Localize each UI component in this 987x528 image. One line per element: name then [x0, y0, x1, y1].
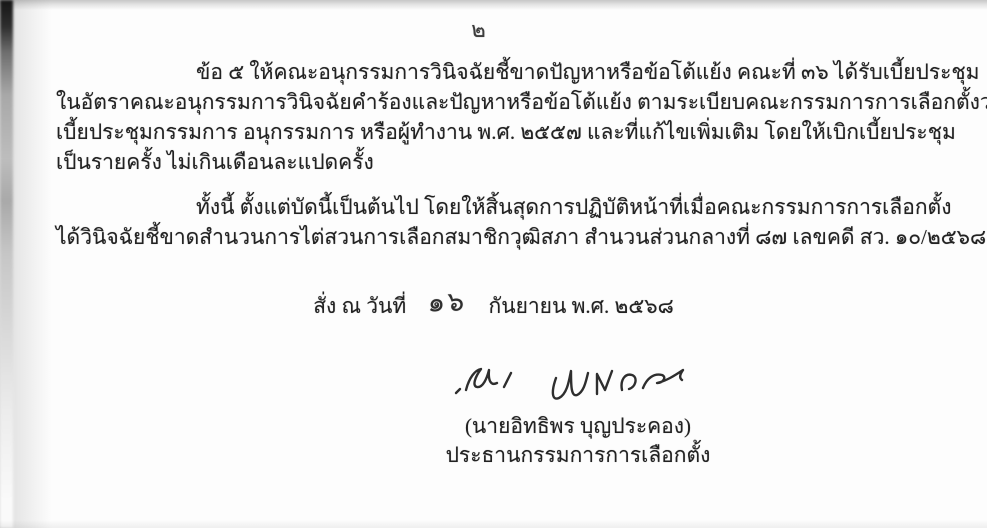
text-line: เป็นรายครั้ง ไม่เกินเดือนละแปดครั้ง	[56, 147, 934, 177]
text-line: ข้อ ๕ ให้คณะอนุกรรมการวินิจฉัยชี้ขาดปัญห…	[56, 57, 934, 87]
text-line: ในอัตราคณะอนุกรรมการวินิจฉัยคำร้องและปัญ…	[56, 87, 934, 117]
scan-artifact-left-edge	[0, 0, 13, 528]
text-line: ได้วินิจฉัยชี้ขาดสำนวนการไต่สวนการเลือกส…	[56, 222, 934, 252]
date-prefix: สั่ง ณ วันที่	[313, 290, 406, 323]
document-body: ข้อ ๕ ให้คณะอนุกรรมการวินิจฉัยชี้ขาดปัญห…	[56, 57, 934, 252]
text-line: ทั้งนี้ ตั้งแต่บัดนี้เป็นต้นไป โดยให้สิ้…	[56, 192, 934, 222]
text-line: เบี้ยประชุมกรรมการ อนุกรรมการ หรือผู้ทำง…	[56, 117, 934, 147]
signer-name: (นายอิทธิพร บุญประคอง)	[378, 412, 778, 441]
scan-artifact-bottom-edge	[0, 520, 987, 528]
handwritten-day: ๑๖	[427, 279, 468, 323]
signature-icon	[438, 356, 718, 408]
order-date-line: สั่ง ณ วันที่ ๑๖ กันยายน พ.ศ. ๒๕๖๘	[0, 282, 987, 325]
signature-block: (นายอิทธิพร บุญประคอง) ประธานกรรมการการเ…	[378, 356, 778, 470]
scanned-document-page: ๒ ข้อ ๕ ให้คณะอนุกรรมการวินิจฉัยชี้ขาดปั…	[0, 0, 987, 528]
paragraph-clause-5: ข้อ ๕ ให้คณะอนุกรรมการวินิจฉัยชี้ขาดปัญห…	[56, 57, 934, 177]
paragraph-effective-date: ทั้งนี้ ตั้งแต่บัดนี้เป็นต้นไป โดยให้สิ้…	[56, 192, 934, 252]
signer-title: ประธานกรรมการการเลือกตั้ง	[378, 441, 778, 470]
page-number: ๒	[0, 12, 972, 47]
scan-artifact-top-edge	[0, 0, 987, 10]
date-suffix: กันยายน พ.ศ. ๒๕๖๘	[489, 290, 674, 323]
scan-artifact-left-shadow	[0, 0, 52, 528]
